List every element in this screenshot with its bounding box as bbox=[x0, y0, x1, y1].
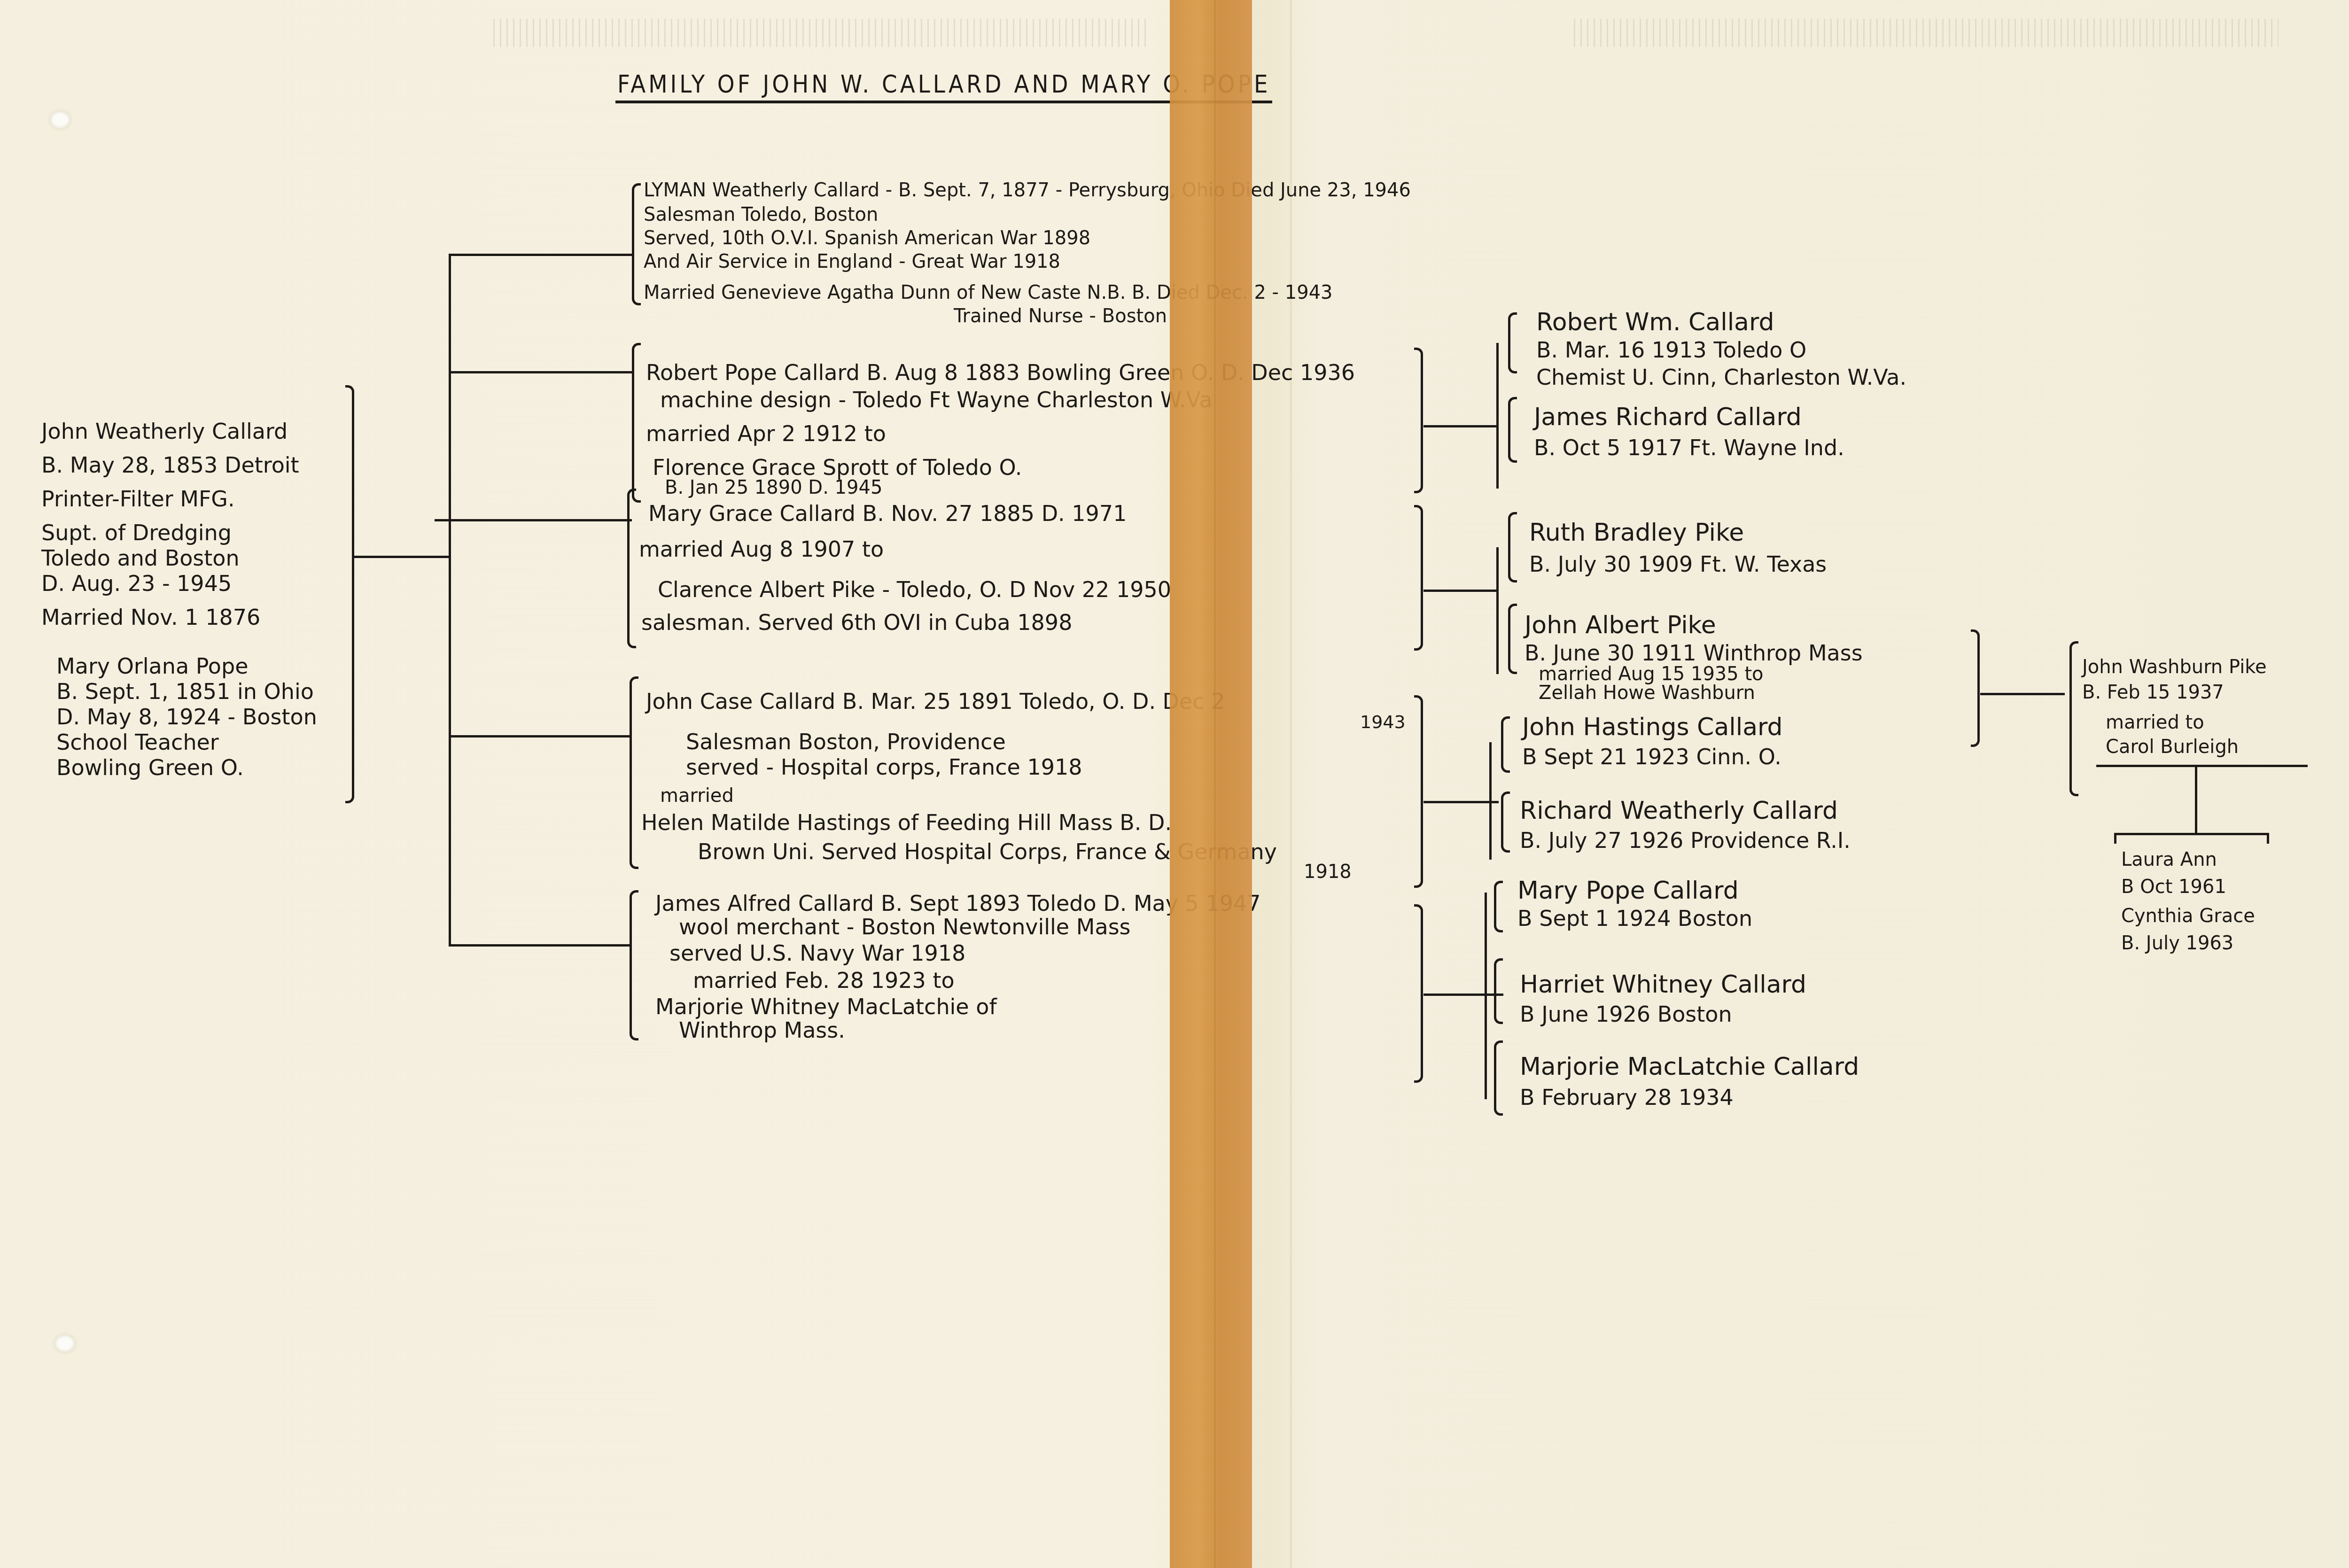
great-grandchild-entry: John Washburn Pike B. Feb 15 1937 marrie… bbox=[2082, 658, 2267, 756]
punch-hole-bottom bbox=[54, 1334, 76, 1353]
bracket bbox=[1501, 792, 1510, 853]
parents-bracket bbox=[345, 385, 354, 803]
child-entry-mary-grace: Mary Grace Callard B. Nov. 27 1885 D. 19… bbox=[648, 503, 1171, 633]
grandchild-entry: John Albert Pike B. June 30 1911 Winthro… bbox=[1525, 613, 1863, 702]
scan-speckle bbox=[1574, 19, 2279, 47]
mother-place: Bowling Green O. bbox=[56, 757, 317, 778]
bracket bbox=[632, 343, 641, 503]
branch-mary-grace bbox=[435, 519, 632, 521]
mother-entry: Mary Orlana Pope B. Sept. 1, 1851 in Ohi… bbox=[56, 655, 317, 778]
connector-line bbox=[1423, 425, 1499, 427]
bracket bbox=[1494, 958, 1503, 1024]
grandchild-entry: Richard Weatherly Callard B. July 27 192… bbox=[1520, 799, 1851, 851]
father-occupation: Printer-Filter MFG. bbox=[41, 488, 299, 510]
grandchild-detail: Chemist U. Cinn, Charleston W.Va. bbox=[1536, 366, 1906, 388]
branch-robert bbox=[449, 371, 632, 373]
mother-name: Mary Orlana Pope bbox=[56, 655, 317, 677]
grandchild-birth: B Sept 21 1923 Cinn. O. bbox=[1522, 746, 1782, 768]
grandchild-name: Harriet Whitney Callard bbox=[1520, 972, 1806, 997]
grandchild-birth: B February 28 1934 bbox=[1520, 1087, 1859, 1108]
scan-speckle bbox=[493, 19, 1151, 47]
bracket bbox=[1494, 881, 1503, 932]
grandchild-entry: James Richard Callard B. Oct 5 1917 Ft. … bbox=[1534, 405, 1844, 458]
detail-line: married Aug 8 1907 to bbox=[639, 538, 1171, 560]
detail-line: Brown Uni. Served Hospital Corps, France… bbox=[646, 841, 1406, 862]
grandchild-entry: John Hastings Callard B Sept 21 1923 Cin… bbox=[1522, 715, 1782, 768]
punch-hole-top bbox=[49, 110, 71, 129]
grandchild-name: John Hastings Callard bbox=[1522, 715, 1782, 739]
grandchildren-trunk bbox=[1496, 547, 1499, 674]
detail-line: married bbox=[646, 786, 1406, 805]
mother-birth: B. Sept. 1, 1851 in Ohio bbox=[56, 681, 317, 702]
spouse-line: Helen Matilde Hastings of Feeding Hill M… bbox=[641, 812, 1406, 833]
grandchild-birth: B. July 30 1909 Ft. W. Texas bbox=[1529, 553, 1827, 575]
bracket bbox=[1414, 695, 1423, 888]
grandchild-name: James Richard Callard bbox=[1534, 405, 1844, 429]
detail-line: 1918 bbox=[646, 862, 1406, 881]
grandchild-name: Richard Weatherly Callard bbox=[1520, 799, 1851, 823]
grandchild-entry: Robert Wm. Callard B. Mar. 16 1913 Toled… bbox=[1536, 310, 1906, 388]
grandchildren-trunk bbox=[1485, 893, 1487, 1099]
branch-lyman bbox=[449, 254, 632, 256]
death-year: 1943 bbox=[646, 713, 1406, 731]
grandchild-birth: B Sept 1 1924 Boston bbox=[1517, 908, 1752, 929]
bracket bbox=[630, 676, 638, 869]
bracket bbox=[1971, 629, 1980, 747]
connector-line bbox=[353, 556, 450, 558]
connector-line bbox=[1980, 693, 2065, 695]
grandchild-name: Marjorie MacLatchie Callard bbox=[1520, 1055, 1859, 1079]
bracket bbox=[1508, 604, 1517, 674]
scanned-family-tree-page: Family of John W. Callard and Mary O. Po… bbox=[0, 0, 2349, 1568]
bracket bbox=[1414, 904, 1423, 1083]
detail-line: Salesman Toledo, Boston bbox=[644, 205, 1411, 224]
tape-seam bbox=[1214, 0, 1215, 1568]
child-name-line: Mary Grace Callard B. Nov. 27 1885 D. 19… bbox=[648, 503, 1171, 524]
father-name: John Weatherly Callard bbox=[41, 420, 299, 442]
bracket bbox=[1508, 312, 1517, 373]
great-great-grandchildren: Laura Ann B Oct 1961 Cynthia Grace B. Ju… bbox=[2121, 850, 2255, 953]
adhesive-tape-strip bbox=[1170, 0, 1252, 1568]
grandchild-spouse: Zellah Howe Washburn bbox=[1525, 683, 1863, 702]
detail-line: And Air Service in England - Great War 1… bbox=[644, 252, 1411, 271]
children-trunk-line bbox=[449, 254, 451, 947]
connector-line bbox=[1423, 801, 1499, 803]
father-occupation-2: Supt. of Dredging bbox=[41, 522, 299, 543]
father-places: Toledo and Boston bbox=[41, 547, 299, 569]
grandchild-entry: Ruth Bradley Pike B. July 30 1909 Ft. W.… bbox=[1529, 520, 1827, 575]
father-entry: John Weatherly Callard B. May 28, 1853 D… bbox=[41, 420, 299, 628]
bracket bbox=[627, 489, 636, 648]
child-name-line: LYMAN Weatherly Callard - B. Sept. 7, 18… bbox=[644, 181, 1411, 200]
detail-line: Salesman Boston, Providence bbox=[646, 731, 1406, 753]
connector-line bbox=[1423, 590, 1499, 592]
grandchild-birth: B. July 27 1926 Providence R.I. bbox=[1520, 830, 1851, 851]
great-grandchild-name: John Washburn Pike bbox=[2082, 658, 2267, 676]
detail-line: Trained Nurse - Boston bbox=[644, 307, 1411, 326]
detail-line: served - Hospital corps, France 1918 bbox=[646, 756, 1406, 778]
father-birth: B. May 28, 1853 Detroit bbox=[41, 454, 299, 476]
grandchild-birth: B. Oct 5 1917 Ft. Wayne Ind. bbox=[1534, 437, 1844, 458]
grandchild-birth: B. Mar. 16 1913 Toledo O bbox=[1536, 339, 1906, 361]
descendant-birth: B Oct 1961 bbox=[2121, 877, 2255, 896]
descendants-bracket bbox=[2114, 833, 2269, 844]
child-entry-john-case: John Case Callard B. Mar. 25 1891 Toledo… bbox=[646, 691, 1406, 881]
child-entry-lyman: LYMAN Weatherly Callard - B. Sept. 7, 18… bbox=[644, 181, 1411, 326]
descendant-name: Cynthia Grace bbox=[2121, 907, 2255, 925]
spouse-line: Married Genevieve Agatha Dunn of New Cas… bbox=[644, 283, 1411, 302]
grandchild-name: Ruth Bradley Pike bbox=[1529, 520, 1827, 545]
descendant-birth: B. July 1963 bbox=[2121, 934, 2255, 953]
grandchild-entry: Harriet Whitney Callard B June 1926 Bost… bbox=[1520, 972, 1806, 1025]
marriage-date: Married Nov. 1 1876 bbox=[41, 606, 299, 628]
grandchildren-trunk bbox=[1496, 343, 1499, 489]
mother-occupation: School Teacher bbox=[56, 731, 317, 753]
bracket bbox=[1508, 512, 1517, 582]
detail-line: Served, 10th O.V.I. Spanish American War… bbox=[644, 229, 1411, 248]
descendant-name: Laura Ann bbox=[2121, 850, 2255, 869]
connector-line bbox=[1423, 994, 1503, 996]
great-grandchild-marriage: married to bbox=[2082, 713, 2267, 732]
father-death: D. Aug. 23 - 1945 bbox=[41, 573, 299, 594]
bracket bbox=[1414, 505, 1423, 651]
bracket bbox=[632, 183, 641, 305]
marriage-line bbox=[2096, 765, 2308, 767]
grandchild-marriage: married Aug 15 1935 to bbox=[1525, 665, 1863, 683]
bracket bbox=[630, 890, 638, 1040]
branch-john-case bbox=[449, 735, 632, 737]
grandchild-name: Robert Wm. Callard bbox=[1536, 310, 1906, 334]
branch-james bbox=[449, 944, 632, 947]
great-grandchild-spouse: Carol Burleigh bbox=[2082, 737, 2267, 756]
bracket bbox=[2069, 641, 2078, 796]
grandchild-entry: Mary Pope Callard B Sept 1 1924 Boston bbox=[1517, 878, 1752, 929]
grandchild-name: Mary Pope Callard bbox=[1517, 878, 1752, 903]
spouse-line: Clarence Albert Pike - Toledo, O. D Nov … bbox=[648, 579, 1171, 600]
descendant-line bbox=[2195, 765, 2197, 835]
detail-line: salesman. Served 6th OVI in Cuba 1898 bbox=[641, 612, 1171, 633]
great-grandchild-birth: B. Feb 15 1937 bbox=[2082, 683, 2267, 702]
bracket bbox=[1501, 716, 1510, 773]
child-name-line: John Case Callard B. Mar. 25 1891 Toledo… bbox=[646, 691, 1406, 712]
grandchild-birth: B June 1926 Boston bbox=[1520, 1003, 1806, 1025]
bracket bbox=[1414, 348, 1423, 493]
bracket bbox=[1508, 397, 1517, 463]
bracket bbox=[1494, 1040, 1503, 1116]
grandchild-name: John Albert Pike bbox=[1525, 613, 1863, 637]
grandchild-entry: Marjorie MacLatchie Callard B February 2… bbox=[1520, 1055, 1859, 1108]
grandchild-birth: B. June 30 1911 Winthrop Mass bbox=[1525, 642, 1863, 664]
mother-death: D. May 8, 1924 - Boston bbox=[56, 706, 317, 728]
grandchildren-trunk bbox=[1489, 742, 1492, 860]
